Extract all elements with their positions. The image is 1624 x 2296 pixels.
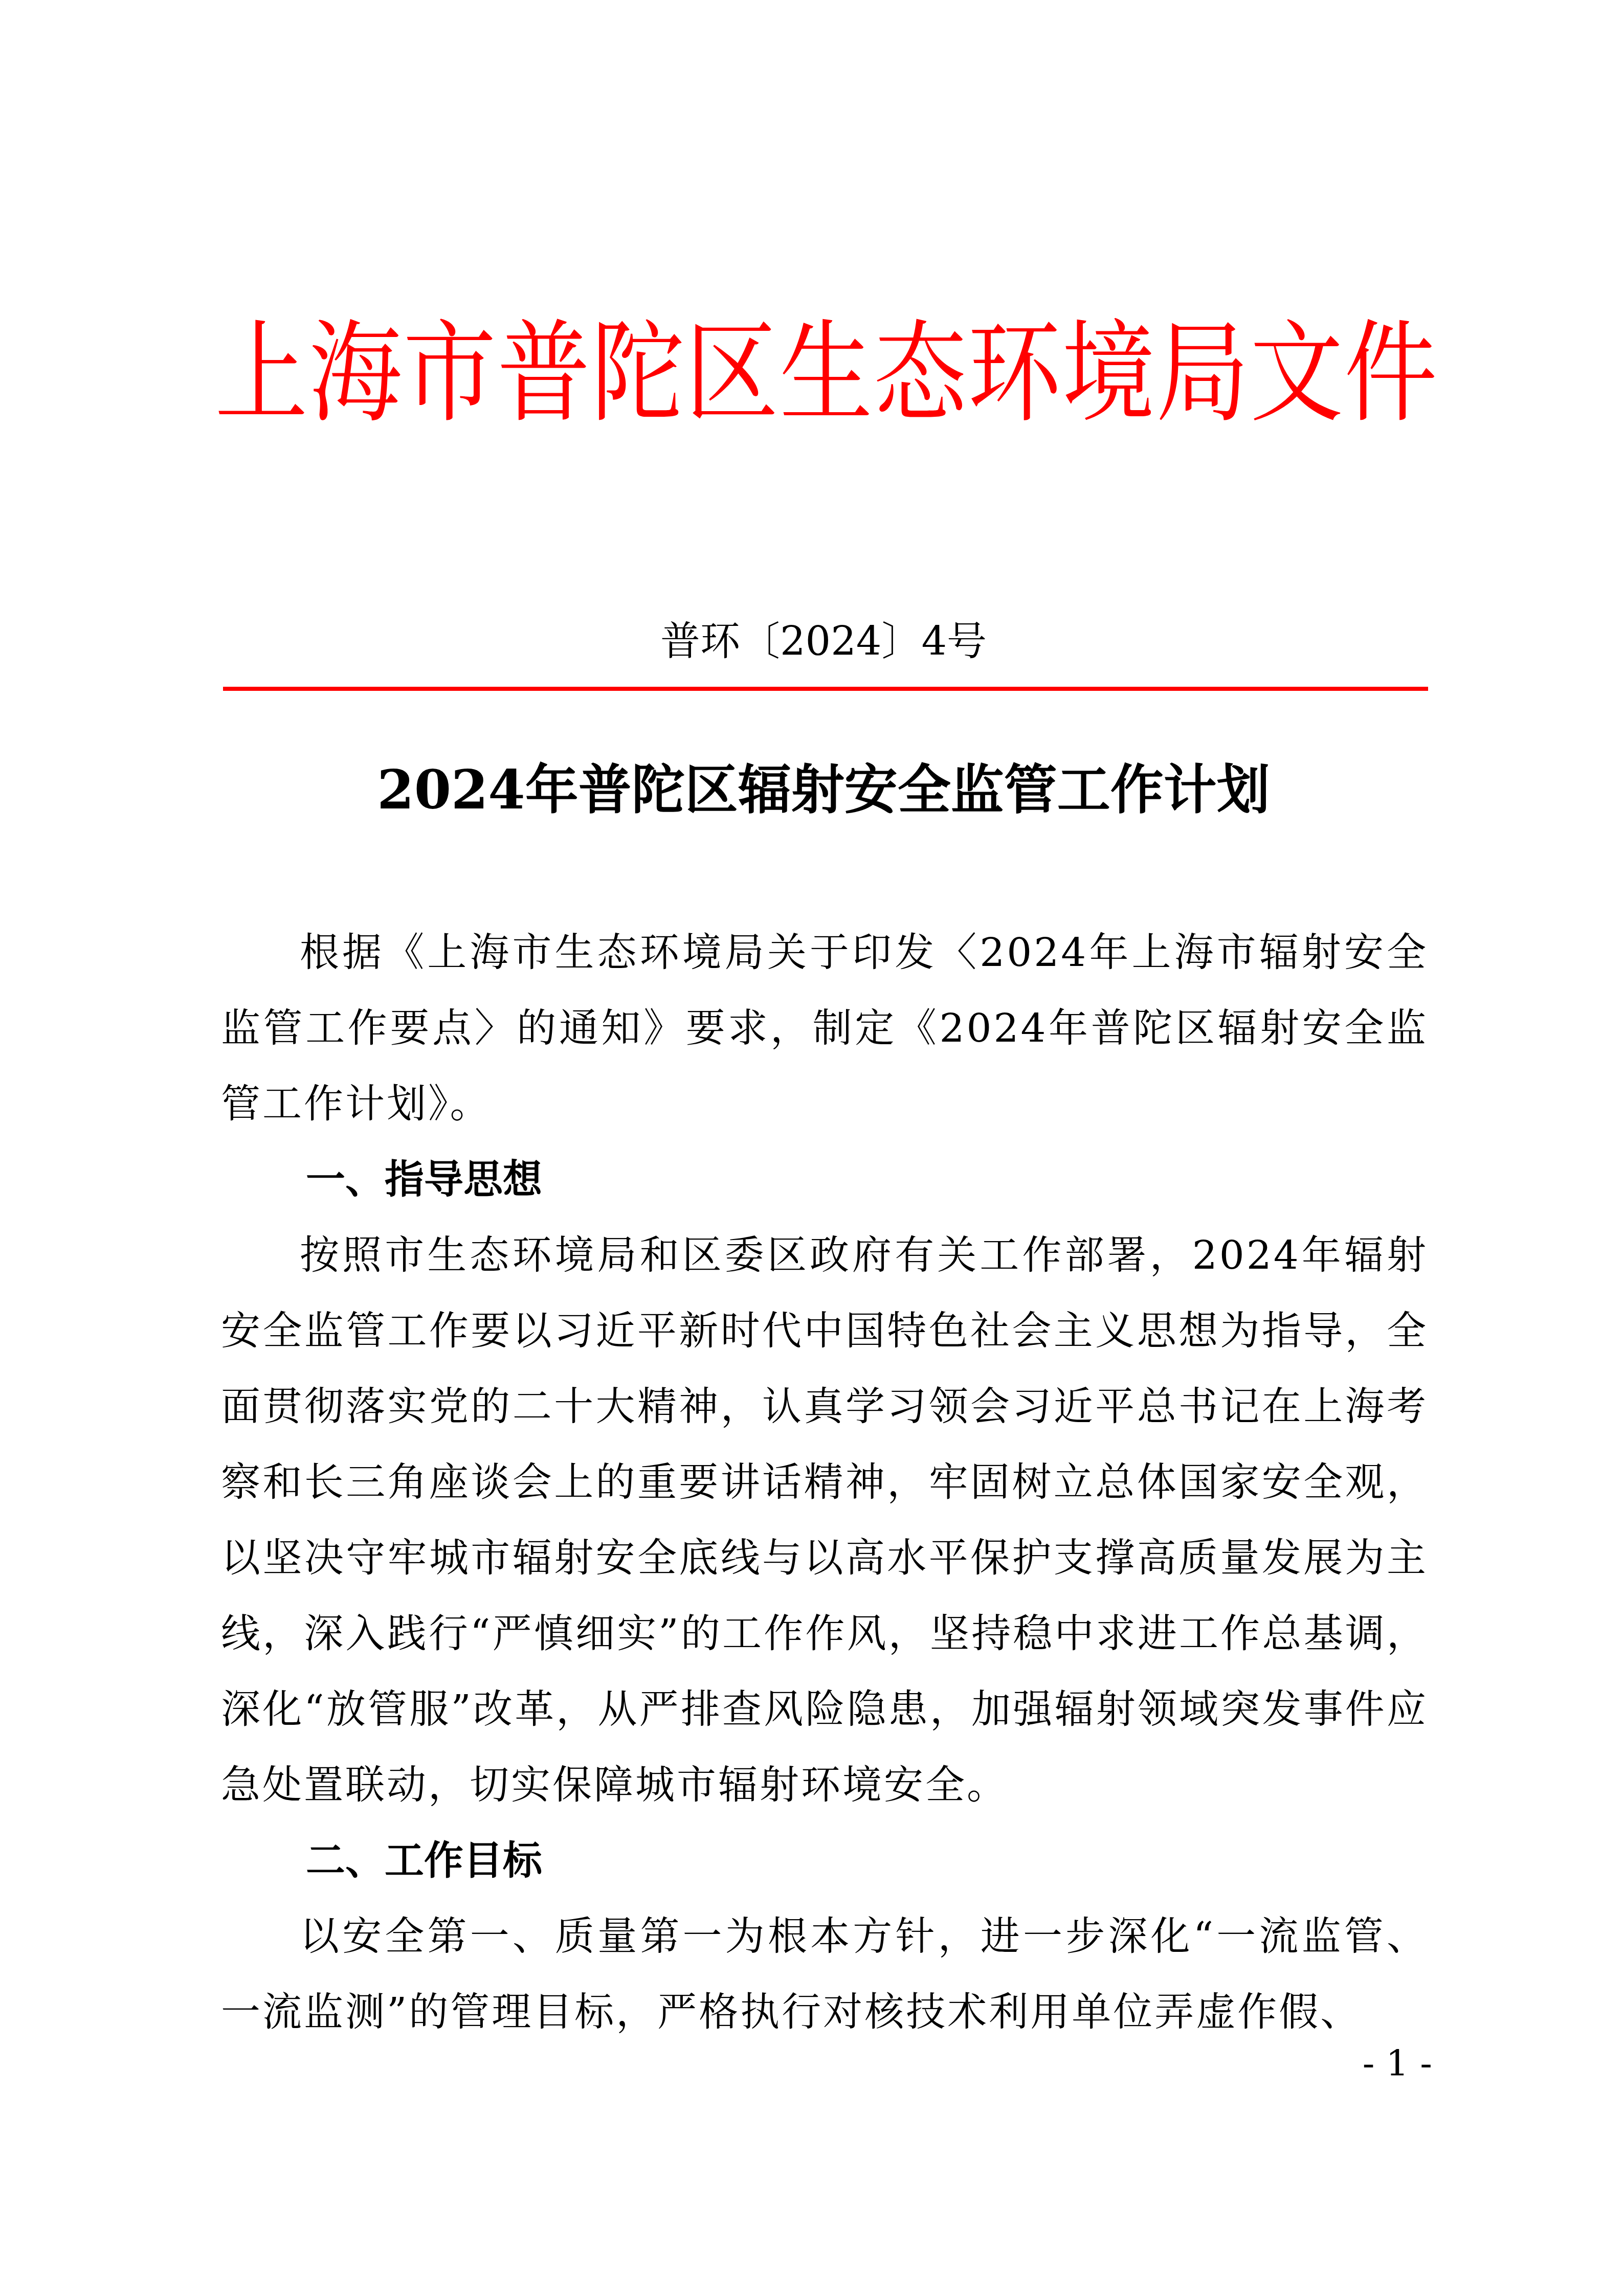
red-divider-rule [223, 687, 1428, 691]
document-body: 根据《上海市生态环境局关于印发〈2024年上海市辐射安全监管工作要点〉的通知》要… [221, 915, 1428, 2051]
document-number: 普环〔2024〕4号 [215, 614, 1432, 670]
page-number: - 1 - [1320, 2038, 1432, 2089]
masthead-title: 上海市普陀区生态环境局文件 [215, 307, 1432, 440]
section-heading-guiding-ideology: 一、指导思想 [221, 1142, 1428, 1218]
section-heading-work-goals: 二、工作目标 [221, 1824, 1428, 1899]
document-title: 2024年普陀区辐射安全监管工作计划 [215, 754, 1432, 826]
section-paragraph-guiding-ideology: 按照市生态环境局和区委区政府有关工作部署，2024年辐射安全监管工作要以习近平新… [221, 1218, 1428, 1824]
section-paragraph-work-goals: 以安全第一、质量第一为根本方针，进一步深化“一流监管、一流监测”的管理目标，严格… [221, 1899, 1428, 2051]
document-page: 上海市普陀区生态环境局文件 普环〔2024〕4号 2024年普陀区辐射安全监管工… [0, 0, 1624, 2296]
intro-paragraph: 根据《上海市生态环境局关于印发〈2024年上海市辐射安全监管工作要点〉的通知》要… [221, 915, 1428, 1142]
